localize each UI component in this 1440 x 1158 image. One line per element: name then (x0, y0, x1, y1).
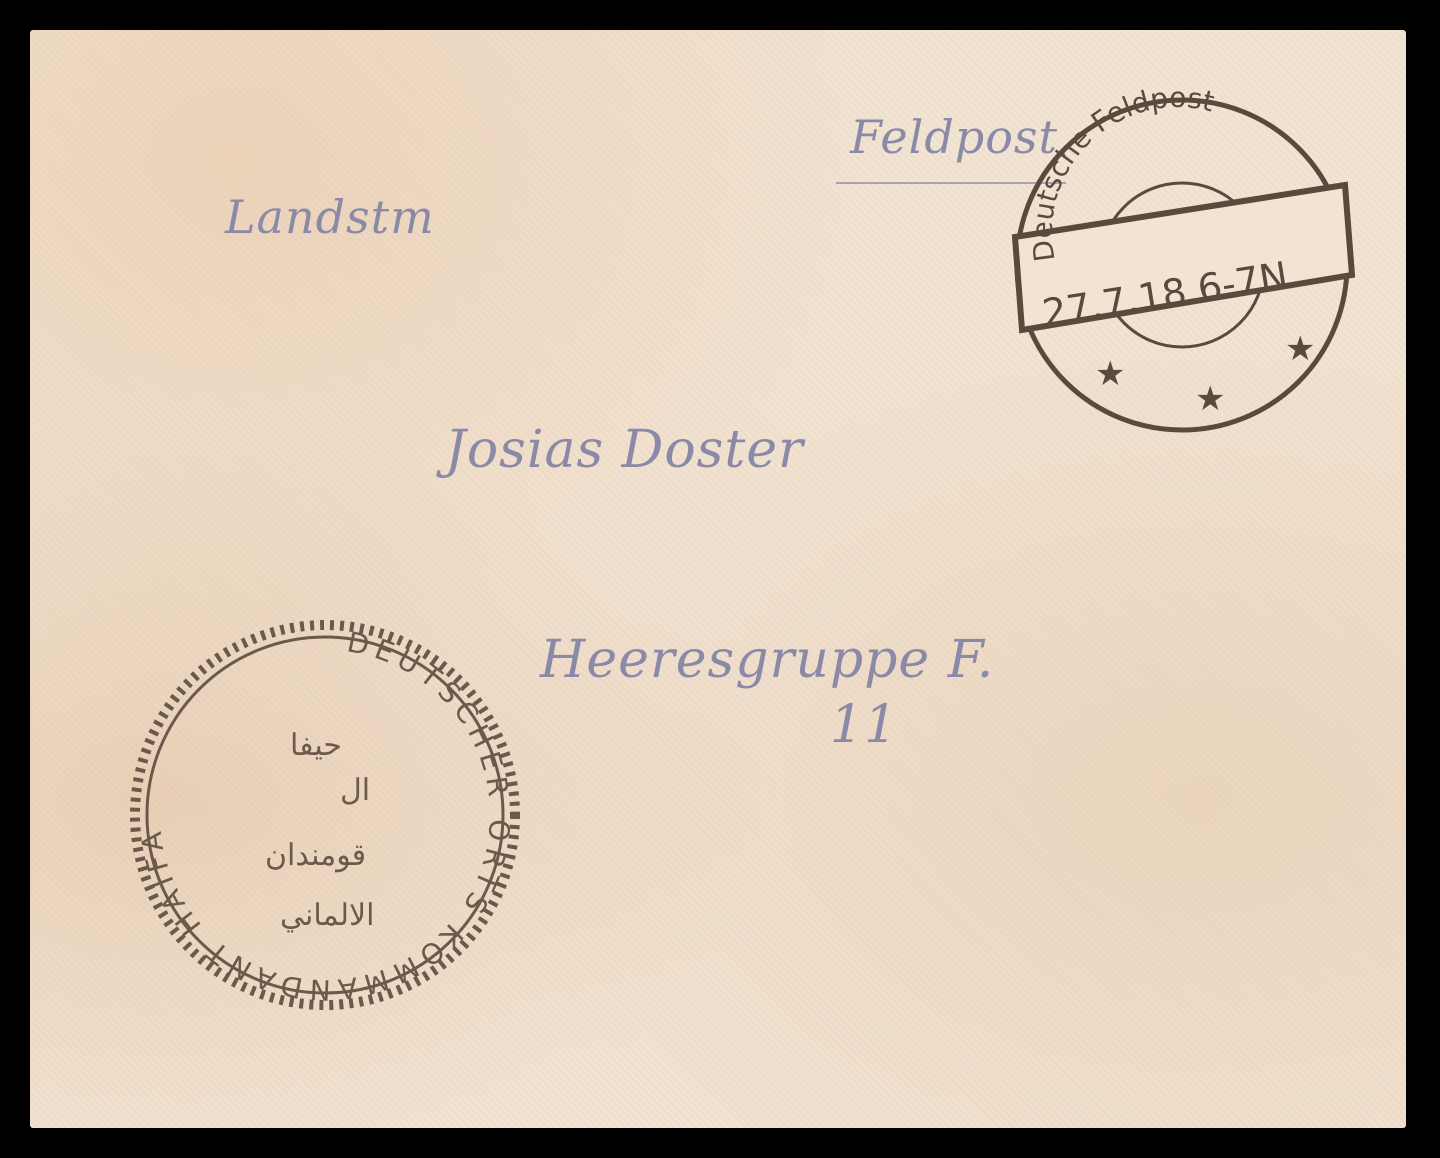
feldpost-postmark: Deutsche Feldpost 27.7.18.6-7N ★ ★ ★ (1000, 85, 1360, 445)
haifa-commandant-seal: DEUTSCHER ORTS KOMMANDANT HAIFA حيفا ال … (115, 605, 535, 1025)
svg-text:الالماني: الالماني (280, 898, 374, 933)
svg-text:★: ★ (1095, 354, 1125, 394)
svg-text:DEUTSCHER ORTS KOMMANDANT HAIF: DEUTSCHER ORTS KOMMANDANT HAIFA (134, 625, 516, 1006)
rank-handwriting: Landstm (225, 190, 435, 244)
unit-handwriting: Heeresgruppe F. (540, 630, 994, 690)
envelope: Feldpost Landstm Josias Doster Heeresgru… (30, 30, 1406, 1128)
extra-handwriting: 11 (830, 695, 898, 755)
svg-text:حيفا: حيفا (290, 728, 342, 763)
svg-text:ال: ال (340, 773, 370, 808)
svg-text:★: ★ (1285, 329, 1315, 369)
svg-text:قومندان: قومندان (265, 838, 366, 873)
recipient-name-handwriting: Josias Doster (445, 420, 804, 480)
svg-text:★: ★ (1195, 379, 1225, 419)
